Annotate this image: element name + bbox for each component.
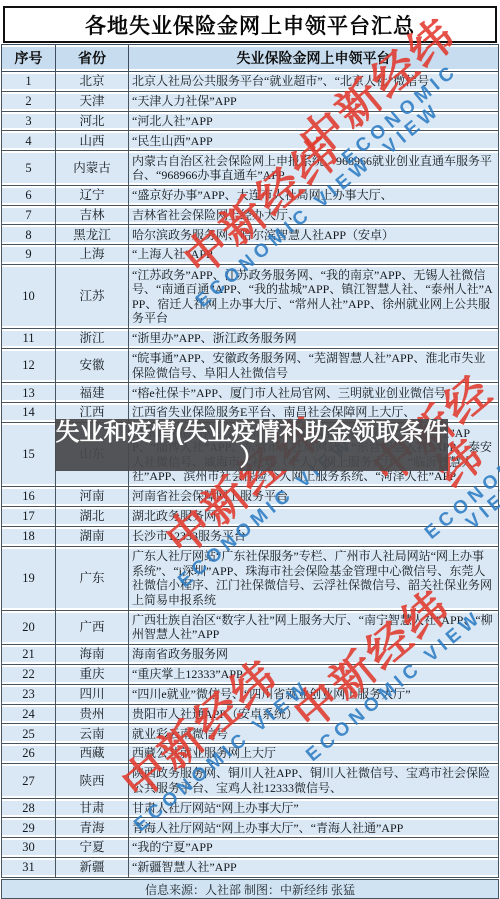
row-index: 13 bbox=[2, 383, 56, 403]
row-platform: “榕e社保卡”APP、厦门市人社局官网、三明就业创业微信号 bbox=[129, 383, 499, 403]
row-index: 12 bbox=[2, 348, 56, 383]
overlay-text-line1: 失业和疫情(失业疫情补助金领取条件 bbox=[56, 420, 448, 445]
table-row: 18湖南长沙市12333服务平台 bbox=[2, 526, 499, 546]
row-platform: 广东人社厅网站“广东社保服务”专栏、广州市人社局网站“网上办事系统”、“i深圳”… bbox=[129, 546, 499, 610]
row-province: 河南 bbox=[56, 487, 129, 507]
row-index: 19 bbox=[2, 546, 56, 610]
row-province: 四川 bbox=[56, 684, 129, 704]
row-province: 江苏 bbox=[56, 265, 129, 329]
row-index: 21 bbox=[2, 645, 56, 665]
table-row: 2天津“天津人力社保”APP bbox=[2, 91, 499, 111]
row-province: 上海 bbox=[56, 245, 129, 265]
row-index: 22 bbox=[2, 664, 56, 684]
table-row: 23四川“四川e就业”微信号、“四川省就业创业网上服务大厅” bbox=[2, 684, 499, 704]
title-bar: 各地失业保险金网上申领平台汇总 bbox=[3, 6, 497, 43]
col-header-platform: 失业保险金网上申领平台 bbox=[129, 45, 499, 72]
row-province: 福建 bbox=[56, 383, 129, 403]
table-row: 31新疆“新疆智慧人社”APP bbox=[2, 857, 499, 877]
row-platform: “盛京好办事”APP、大连市人社局网上办事大厅、 bbox=[129, 185, 499, 205]
row-province: 湖南 bbox=[56, 526, 129, 546]
overlay-banner: 失业和疫情(失业疫情补助金领取条件 ） bbox=[55, 419, 448, 471]
table-row: 7吉林吉林省社会保险网上经办大厅、 bbox=[2, 205, 499, 225]
row-index: 14 bbox=[2, 403, 56, 423]
table-row: 11浙江“浙里办”APP、浙江政务服务网 bbox=[2, 329, 499, 349]
row-platform: 青海人社厅网站“网上办事大厅”、“青海人社通”APP bbox=[129, 818, 499, 838]
row-index: 16 bbox=[2, 487, 56, 507]
row-platform: “浙里办”APP、浙江政务服务网 bbox=[129, 329, 499, 349]
row-index: 26 bbox=[2, 744, 56, 764]
table-row: 28甘肃甘肃人社厅网站“网上办事大厅” bbox=[2, 798, 499, 818]
row-province: 天津 bbox=[56, 91, 129, 111]
row-province: 陕西 bbox=[56, 763, 129, 798]
table-row: 26西藏西藏公共就业服务网上大厅 bbox=[2, 744, 499, 764]
row-platform: 长沙市12333服务平台 bbox=[129, 526, 499, 546]
row-index: 1 bbox=[2, 72, 56, 92]
table-row: 21海南海南省政务服务网 bbox=[2, 645, 499, 665]
table-row: 16河南河南省社会保障网上服务平台 bbox=[2, 487, 499, 507]
row-platform: 吉林省社会保险网上经办大厅、 bbox=[129, 205, 499, 225]
row-province: 山西 bbox=[56, 131, 129, 151]
table-row: 30宁夏“我的宁夏”APP bbox=[2, 838, 499, 858]
row-index: 2 bbox=[2, 91, 56, 111]
row-platform: “新疆智慧人社”APP bbox=[129, 857, 499, 877]
table-body: 1北京北京人社局公共服务平台“就业超市”、“北京人社”微信号2天津“天津人力社保… bbox=[2, 72, 499, 878]
row-index: 24 bbox=[2, 704, 56, 724]
row-index: 28 bbox=[2, 798, 56, 818]
row-province: 浙江 bbox=[56, 329, 129, 349]
row-province: 黑龙江 bbox=[56, 225, 129, 245]
row-index: 11 bbox=[2, 329, 56, 349]
row-province: 广西 bbox=[56, 610, 129, 645]
row-index: 31 bbox=[2, 857, 56, 877]
row-platform: 甘肃人社厅网站“网上办事大厅” bbox=[129, 798, 499, 818]
row-platform: 贵阳市人社通APP（安卓系统） bbox=[129, 704, 499, 724]
row-platform: “我的宁夏”APP bbox=[129, 838, 499, 858]
row-platform: “民生山西”APP bbox=[129, 131, 499, 151]
row-platform: 海南省政务服务网 bbox=[129, 645, 499, 665]
row-index: 17 bbox=[2, 506, 56, 526]
table-row: 25云南就业彩云南微信号 bbox=[2, 724, 499, 744]
row-province: 河北 bbox=[56, 111, 129, 131]
row-index: 25 bbox=[2, 724, 56, 744]
table-row: 9上海“上海人社”APP bbox=[2, 245, 499, 265]
row-index: 4 bbox=[2, 131, 56, 151]
row-province: 安徽 bbox=[56, 348, 129, 383]
row-platform: “上海人社”APP bbox=[129, 245, 499, 265]
row-platform: “河北人社”APP bbox=[129, 111, 499, 131]
table-row: 13福建“榕e社保卡”APP、厦门市人社局官网、三明就业创业微信号 bbox=[2, 383, 499, 403]
row-province: 吉林 bbox=[56, 205, 129, 225]
table-row: 12安徽“皖事通”APP、安徽政务服务网、“芜湖智慧人社”APP、淮北市失业保险… bbox=[2, 348, 499, 383]
row-platform: 陕西政务服务网、铜川人社APP、铜川人社微信号、宝鸡市社会保险公共服务平台、宝鸡… bbox=[129, 763, 499, 798]
table-row: 17湖北湖北政务服务网 bbox=[2, 506, 499, 526]
table-header-row: 序号 省份 失业保险金网上申领平台 bbox=[2, 45, 499, 72]
col-header-index: 序号 bbox=[2, 45, 56, 72]
row-province: 重庆 bbox=[56, 664, 129, 684]
table-row: 4山西“民生山西”APP bbox=[2, 131, 499, 151]
source-text: 信息来源：人社部 制图：中新经纬 张猛 bbox=[145, 881, 355, 898]
row-index: 29 bbox=[2, 818, 56, 838]
row-index: 8 bbox=[2, 225, 56, 245]
row-index: 15 bbox=[2, 423, 56, 487]
row-platform: “重庆掌上12333”APP bbox=[129, 664, 499, 684]
row-index: 10 bbox=[2, 265, 56, 329]
row-platform: “江苏政务”APP、江苏政务服务网、“我的南京”APP、无锡人社微信号、“南通百… bbox=[129, 265, 499, 329]
row-platform: 湖北政务服务网 bbox=[129, 506, 499, 526]
table-row: 5内蒙古内蒙古自治区社会保险网上申报系统、968966就业创业直通车服务平台、“… bbox=[2, 151, 499, 186]
row-platform: 西藏公共就业服务网上大厅 bbox=[129, 744, 499, 764]
row-index: 30 bbox=[2, 838, 56, 858]
row-platform: 内蒙古自治区社会保险网上申报系统、968966就业创业直通车服务平台、“9689… bbox=[129, 151, 499, 186]
table-row: 3河北“河北人社”APP bbox=[2, 111, 499, 131]
row-province: 北京 bbox=[56, 72, 129, 92]
row-index: 20 bbox=[2, 610, 56, 645]
row-index: 18 bbox=[2, 526, 56, 546]
row-index: 6 bbox=[2, 185, 56, 205]
row-province: 内蒙古 bbox=[56, 151, 129, 186]
overlay-text-line2: ） bbox=[240, 445, 264, 470]
row-platform: 就业彩云南微信号 bbox=[129, 724, 499, 744]
row-province: 湖北 bbox=[56, 506, 129, 526]
table-row: 10江苏“江苏政务”APP、江苏政务服务网、“我的南京”APP、无锡人社微信号、… bbox=[2, 265, 499, 329]
infographic-sheet: 各地失业保险金网上申领平台汇总 序号 省份 失业保险金网上申领平台 1北京北京人… bbox=[0, 0, 500, 899]
row-province: 西藏 bbox=[56, 744, 129, 764]
row-province: 云南 bbox=[56, 724, 129, 744]
table-row: 20广西广西壮族自治区“数字人社”网上服务大厅、“南宁智慧人社”APP、“柳州智… bbox=[2, 610, 499, 645]
row-index: 27 bbox=[2, 763, 56, 798]
table-row: 1北京北京人社局公共服务平台“就业超市”、“北京人社”微信号 bbox=[2, 72, 499, 92]
row-province: 海南 bbox=[56, 645, 129, 665]
row-platform: “天津人力社保”APP bbox=[129, 91, 499, 111]
table-row: 6辽宁“盛京好办事”APP、大连市人社局网上办事大厅、 bbox=[2, 185, 499, 205]
row-province: 青海 bbox=[56, 818, 129, 838]
row-platform: 广西壮族自治区“数字人社”网上服务大厅、“南宁智慧人社”APP、“柳州智慧人社”… bbox=[129, 610, 499, 645]
table-row: 27陕西陕西政务服务网、铜川人社APP、铜川人社微信号、宝鸡市社会保险公共服务平… bbox=[2, 763, 499, 798]
row-platform: “皖事通”APP、安徽政务服务网、“芜湖智慧人社”APP、淮北市失业保险微信号、… bbox=[129, 348, 499, 383]
row-province: 甘肃 bbox=[56, 798, 129, 818]
row-platform: “四川e就业”微信号、“四川省就业创业网上服务大厅” bbox=[129, 684, 499, 704]
row-province: 辽宁 bbox=[56, 185, 129, 205]
row-platform: 哈尔滨政务服务网、哈尔滨智慧人社APP（安卓） bbox=[129, 225, 499, 245]
row-province: 宁夏 bbox=[56, 838, 129, 858]
row-index: 23 bbox=[2, 684, 56, 704]
row-province: 广东 bbox=[56, 546, 129, 610]
row-index: 9 bbox=[2, 245, 56, 265]
row-index: 7 bbox=[2, 205, 56, 225]
row-index: 3 bbox=[2, 111, 56, 131]
table-row: 22重庆“重庆掌上12333”APP bbox=[2, 664, 499, 684]
table-row: 8黑龙江哈尔滨政务服务网、哈尔滨智慧人社APP（安卓） bbox=[2, 225, 499, 245]
source-footer: 信息来源：人社部 制图：中新经纬 张猛 bbox=[1, 879, 499, 899]
table-row: 24贵州贵阳市人社通APP（安卓系统） bbox=[2, 704, 499, 724]
page-title: 各地失业保险金网上申领平台汇总 bbox=[85, 10, 415, 40]
row-province: 新疆 bbox=[56, 857, 129, 877]
row-index: 5 bbox=[2, 151, 56, 186]
row-platform: 北京人社局公共服务平台“就业超市”、“北京人社”微信号 bbox=[129, 72, 499, 92]
table-row: 19广东广东人社厅网站“广东社保服务”专栏、广州市人社局网站“网上办事系统”、“… bbox=[2, 546, 499, 610]
table-row: 29青海青海人社厅网站“网上办事大厅”、“青海人社通”APP bbox=[2, 818, 499, 838]
row-platform: 河南省社会保障网上服务平台 bbox=[129, 487, 499, 507]
col-header-province: 省份 bbox=[56, 45, 129, 72]
row-province: 贵州 bbox=[56, 704, 129, 724]
